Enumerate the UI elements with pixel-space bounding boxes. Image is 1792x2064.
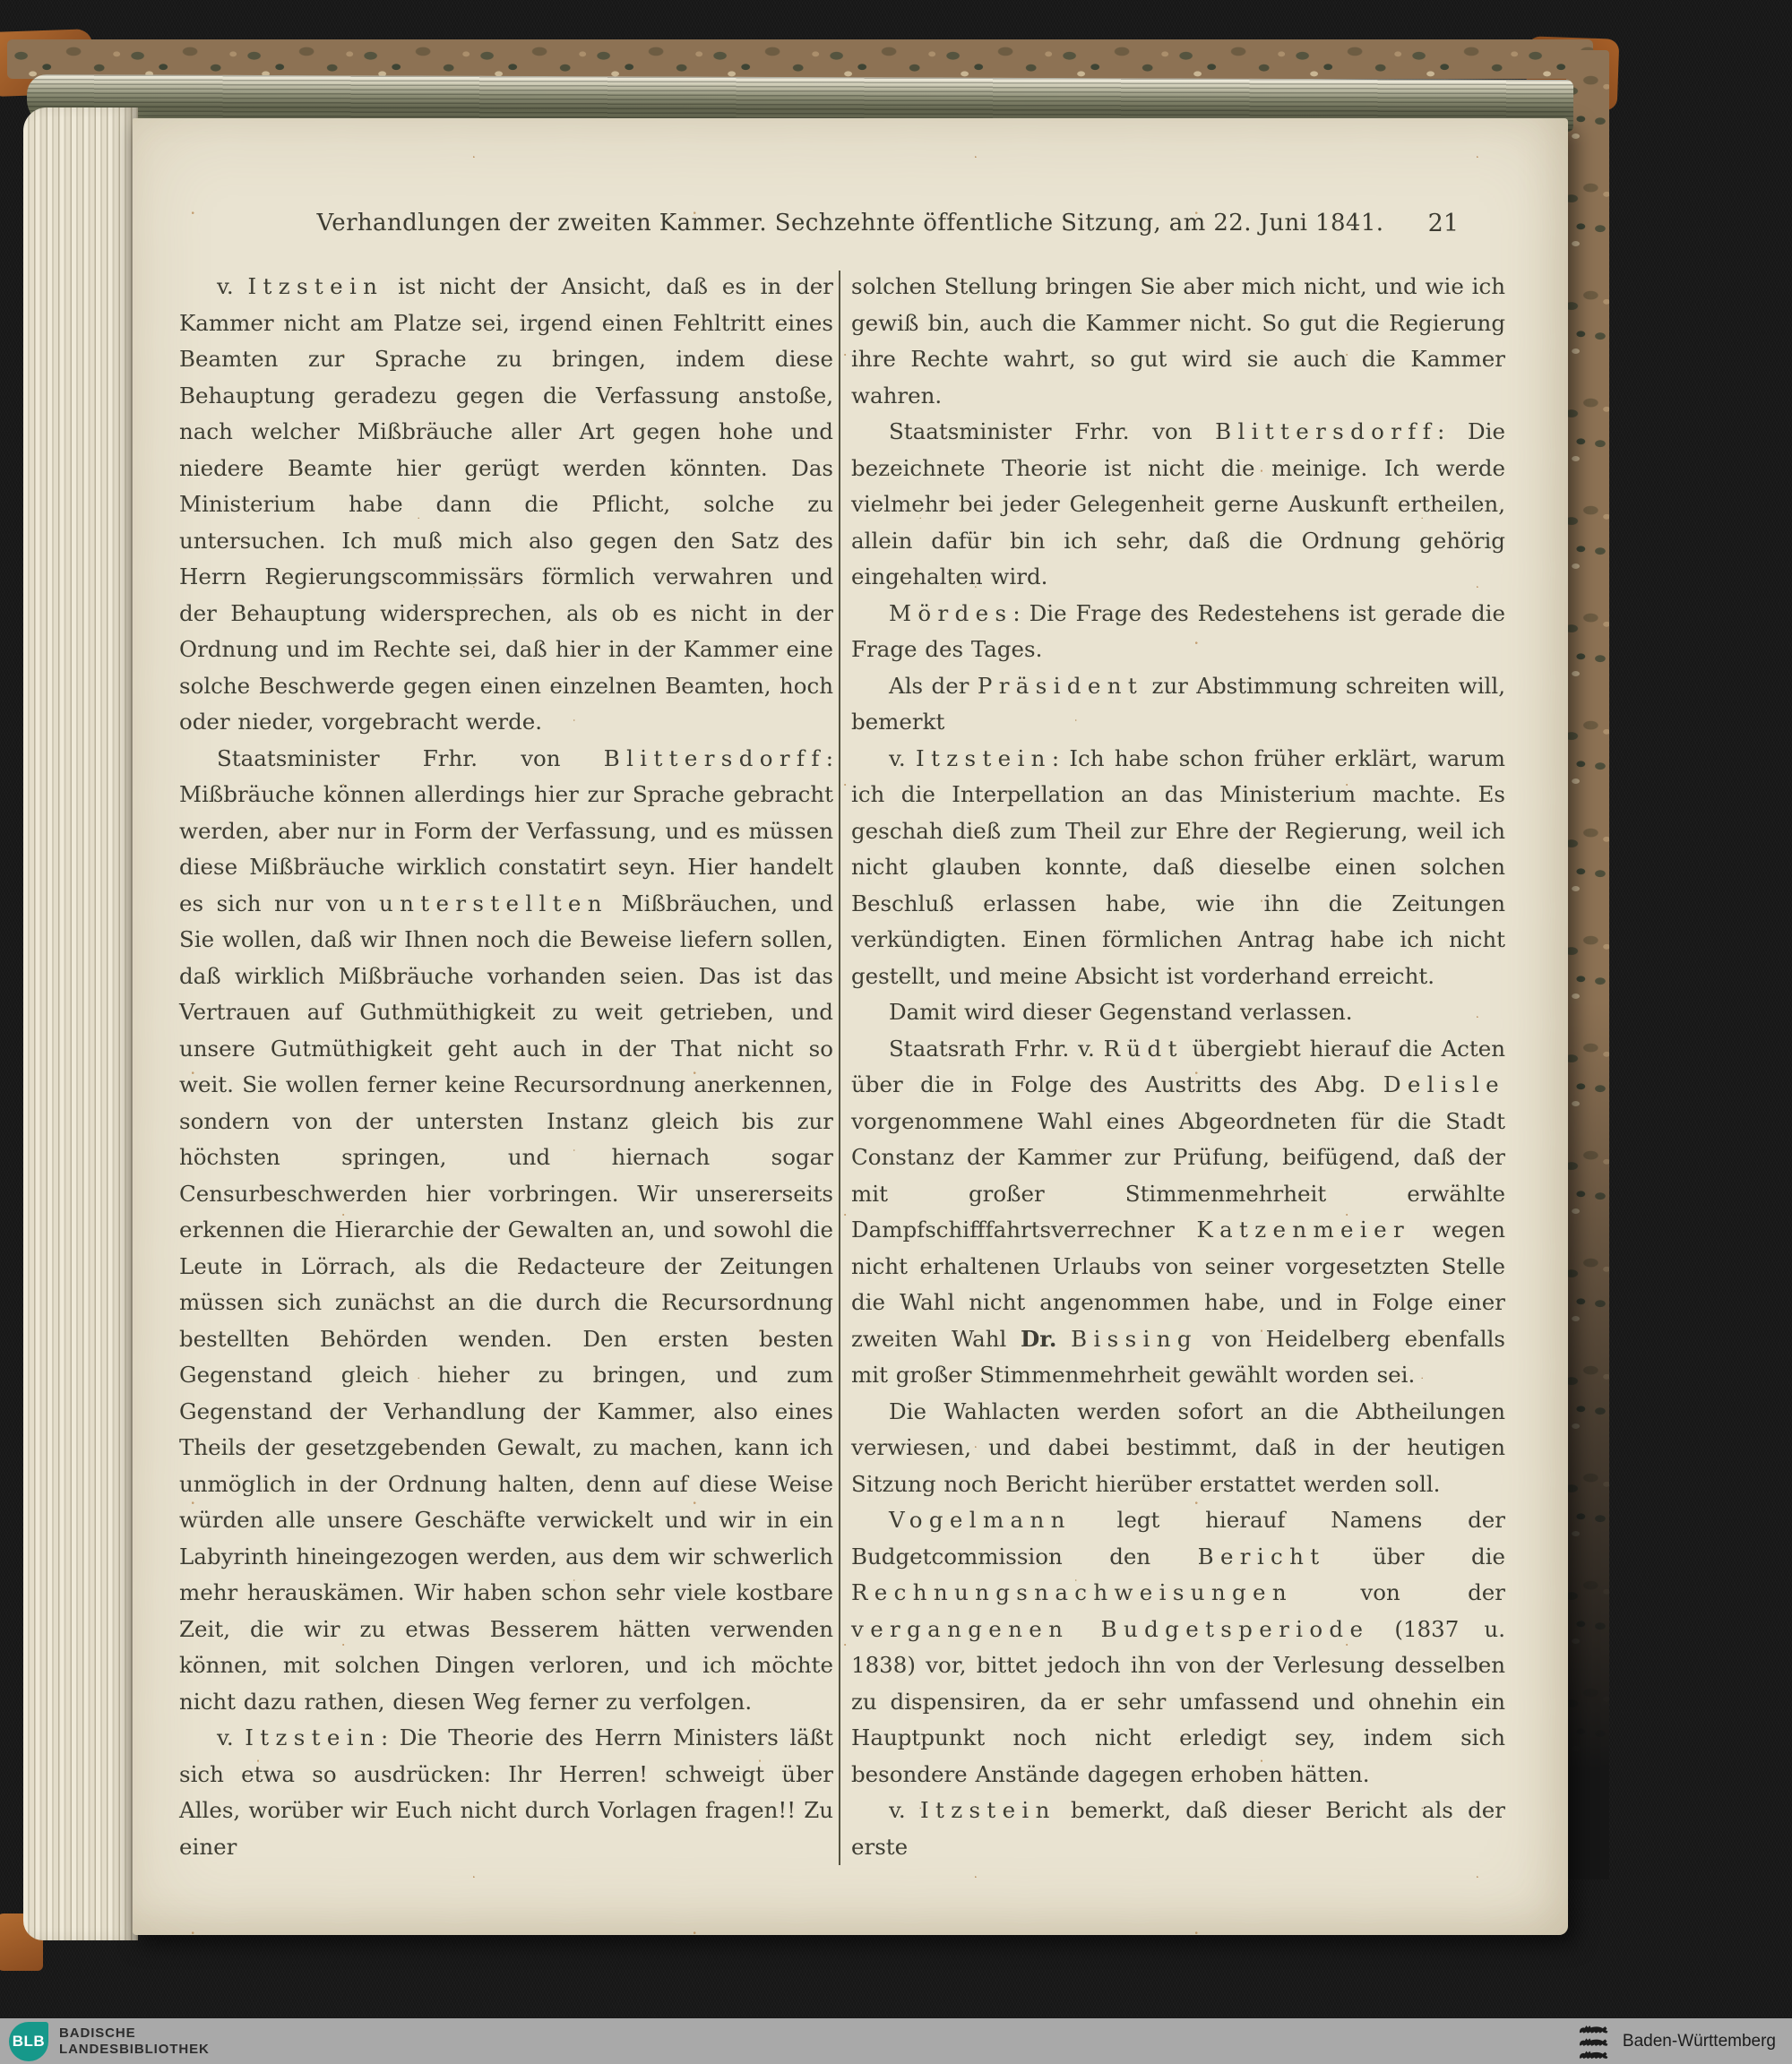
column-divider-rule [839,271,840,1865]
emphasized-name: vergangenen Budgetsperiode [851,1616,1369,1642]
marbled-board-top-edge [7,39,1593,79]
emphasized-name: Blittersdorff [604,745,826,771]
paragraph: Vogelmann legt hierauf Namens der Budget… [851,1502,1505,1793]
emphasized-name: Rechnungsnachweisungen [851,1579,1293,1605]
text-segment: von der [1293,1579,1505,1605]
blb-logo: BLB [9,2022,48,2061]
emphasized-name: Vogelmann [889,1507,1072,1533]
emphasized-name: Katzenmeier [1196,1217,1410,1243]
text-column-left: v. Itzstein ist nicht der Ansicht, daß e… [179,269,833,1865]
paragraph: Mördes: Die Frage des Redestehens ist ge… [851,596,1505,668]
emphasized-name: Itzstein [245,1724,381,1750]
text-segment: solchen Stellung bringen Sie aber mich n… [851,273,1505,408]
emphasized-name: Itzstein [248,273,384,299]
library-name: BADISCHE LANDESBIBLIOTHEK [59,2025,210,2058]
book-page: Verhandlungen der zweiten Kammer. Sechze… [133,118,1568,1935]
text-segment: Damit wird dieser Gegenstand verlassen. [889,999,1353,1025]
paragraph: Damit wird dieser Gegenstand verlassen. [851,994,1505,1031]
baden-wuerttemberg-lions-icon [1578,2022,1614,2061]
text-segment: Staatsminister Frhr. von [217,745,604,771]
text-segment: Dr. [1021,1326,1056,1352]
paragraph: Staatsminister Frhr. von Blittersdorff: … [179,741,833,1721]
paragraph: solchen Stellung bringen Sie aber mich n… [851,269,1505,414]
text-segment: v. [217,1724,245,1750]
paragraph: Staatsminister Frhr. von Blittersdorff: … [851,414,1505,596]
text-segment: v. [889,745,916,771]
two-column-text-block: v. Itzstein ist nicht der Ansicht, daß e… [179,269,1509,1865]
paragraph: Staatsrath Frhr. v. Rüdt übergiebt hiera… [851,1031,1505,1394]
text-segment: v. [217,273,248,299]
paragraph: v. Itzstein: Ich habe schon früher erklä… [851,741,1505,995]
paragraph: v. Itzstein bemerkt, daß dieser Bericht … [851,1793,1505,1865]
paragraph: Die Wahlacten werden sofort an die Abthe… [851,1394,1505,1503]
paragraph: v. Itzstein ist nicht der Ansicht, daß e… [179,269,833,741]
emphasized-name: Delisle [1383,1071,1505,1097]
text-segment: Als der [889,673,978,699]
text-segment: ist nicht der Ansicht, daß es in der Kam… [179,273,833,735]
text-column-right: solchen Stellung bringen Sie aber mich n… [851,269,1505,1865]
text-segment: Mißbräuchen, und Sie wollen, daß wir Ihn… [179,890,833,1715]
emphasized-name: Rüdt [1104,1036,1184,1062]
emphasized-name: Itzstein [916,745,1052,771]
text-segment: Staatsminister Frhr. von [889,418,1215,444]
library-name-line1: BADISCHE [59,2025,210,2042]
text-segment: v. [889,1797,920,1823]
library-footer-bar: BLB BADISCHE LANDESBIBLIOTHEK Baden-Würt… [0,2018,1792,2064]
text-segment: Die Wahlacten werden sofort an die Abthe… [851,1398,1505,1497]
emphasized-name: Mördes [889,600,1012,626]
marbled-board-right-edge [1566,50,1609,1879]
state-brand: Baden-Württemberg [1578,2018,1776,2064]
text-segment: Staatsrath Frhr. v. [889,1036,1104,1062]
state-name: Baden-Württemberg [1623,2032,1776,2051]
running-head: Verhandlungen der zweiten Kammer. Sechze… [133,210,1568,236]
emphasized-name: Blittersdorff [1215,418,1437,444]
text-segment [1056,1326,1071,1352]
page-number: 21 [1428,210,1459,237]
emphasized-name: Bissing [1071,1326,1198,1352]
text-segment: über die [1325,1544,1505,1569]
emphasized-name: Präsident [978,673,1143,699]
emphasized-name: Bericht [1198,1544,1326,1569]
emphasized-name: unterstellten [379,890,608,916]
library-name-line2: LANDESBIBLIOTHEK [59,2042,210,2058]
paragraph: Als der Präsident zur Abstimmung schreit… [851,668,1505,741]
emphasized-name: Itzstein [920,1797,1056,1823]
blb-logo-text: BLB [13,2033,45,2051]
paragraph: v. Itzstein: Die Theorie des Herrn Minis… [179,1720,833,1865]
page-edge-stack-left [23,107,138,1940]
text-segment: : Ich habe schon früher erklärt, warum i… [851,745,1505,989]
